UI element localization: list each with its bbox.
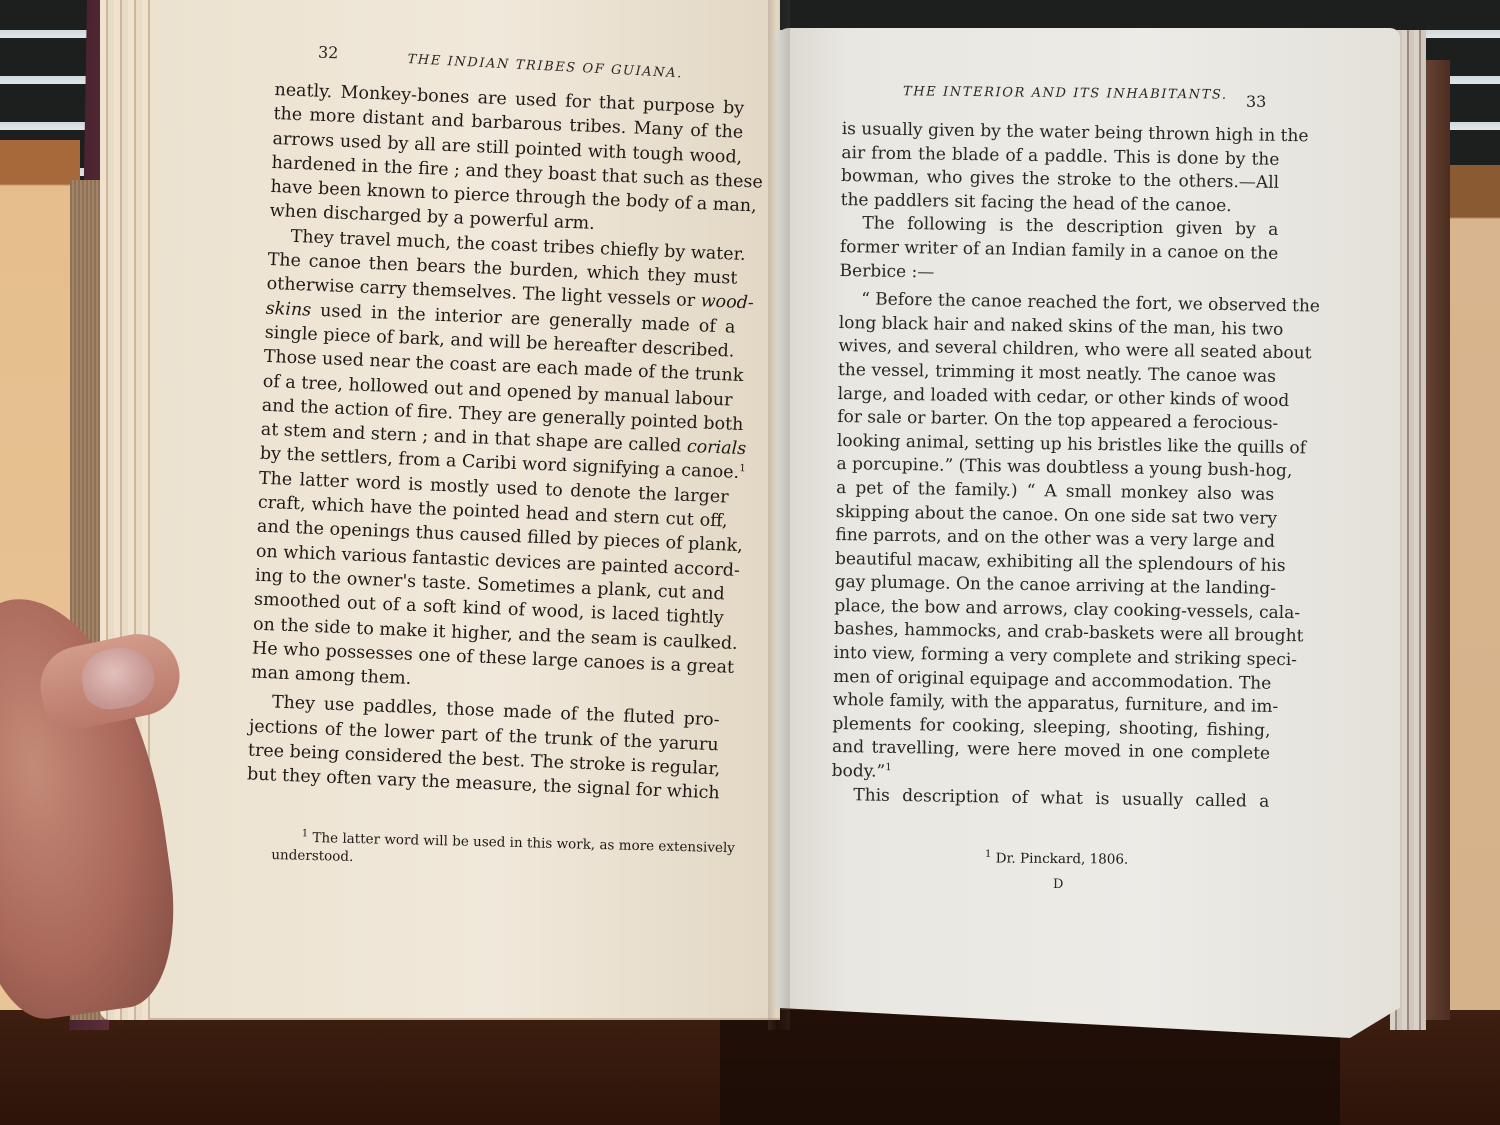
footnote-marker: 1 [885,762,892,773]
page-number-left: 32 [318,43,339,63]
italic-word: skins [265,298,311,320]
book-gutter [768,0,790,1030]
page-number-right: 33 [1246,92,1266,111]
right-page-body: is usually given by the water being thro… [831,118,1280,814]
italic-word: corials [686,437,746,459]
italic-word: wood- [700,292,754,314]
footnote-marker: 1 [739,464,746,475]
left-page-body: neatly. Monkey-bones are used for that p… [247,78,745,806]
footnote-right: 1 Dr. Pinckard, 1806. [985,849,1128,868]
signature-mark: D [1053,877,1063,892]
